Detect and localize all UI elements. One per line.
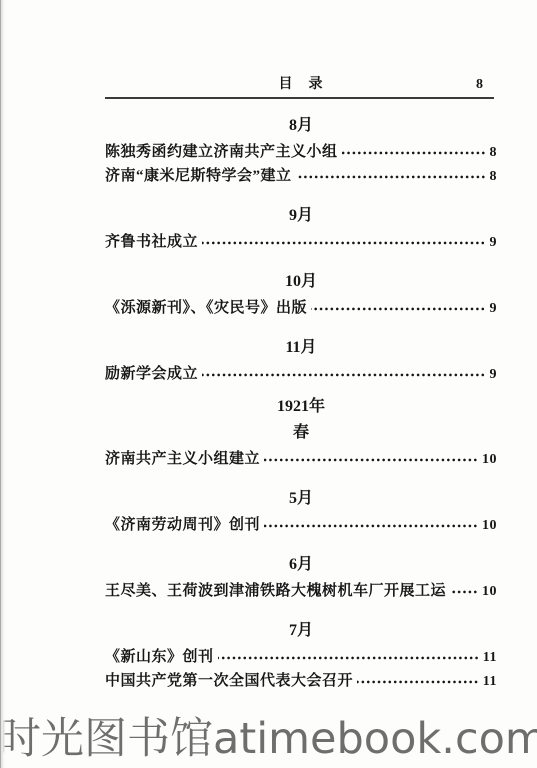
dot-leader (311, 297, 485, 320)
toc-entry-page: 9 (490, 297, 498, 320)
toc-section: 春 济南共产主义小组建立 10 (105, 421, 497, 472)
toc-entry: 陈独秀函约建立济南共产主义小组 8 (105, 141, 497, 164)
toc-entry: 中国共产党第一次全国代表大会召开 11 (105, 670, 497, 693)
toc-entry: 《泺源新刊》、《灾民号》出版 9 (105, 297, 497, 320)
toc-section-heading: 7月 (105, 619, 497, 642)
toc-entry: 励新学会成立 9 (105, 363, 497, 386)
page-header-number: 8 (476, 76, 483, 94)
watermark: 时光图书馆atimebook.com (0, 716, 537, 763)
dot-leader (342, 141, 486, 164)
toc-entry: 齐鲁书社成立 9 (105, 231, 497, 254)
page-header-title: 目 录 (105, 76, 497, 94)
toc-section-heading: 9月 (105, 204, 497, 227)
toc-entry-title: 《新山东》创刊 (105, 646, 214, 669)
toc-section-heading: 春 (105, 421, 497, 444)
book-page: 目 录 8 8月 陈独秀函约建立济南共产主义小组 8 济南“康米尼斯特学会”建立… (0, 0, 537, 768)
toc-entry-title: 济南“康米尼斯特学会”建立 (105, 165, 292, 188)
toc-entry: 王尽美、王荷波到津浦铁路大槐树机车厂开展工运 10 (105, 580, 497, 603)
toc-entry: 济南“康米尼斯特学会”建立 8 (105, 165, 497, 188)
toc-entry-page: 9 (490, 363, 498, 386)
toc-list: 8月 陈独秀函约建立济南共产主义小组 8 济南“康米尼斯特学会”建立 8 9月 … (105, 99, 497, 694)
toc-section: 9月 齐鲁书社成立 9 (105, 189, 497, 255)
toc-entry-page: 11 (483, 670, 497, 693)
toc-entry: 济南共产主义小组建立 10 (105, 448, 497, 471)
toc-entry-title: 王尽美、王荷波到津浦铁路大槐树机车厂开展工运 (105, 580, 446, 603)
toc-section: 11月 励新学会成立 9 (105, 321, 497, 387)
toc-section: 8月 陈独秀函约建立济南共产主义小组 8 济南“康米尼斯特学会”建立 8 (105, 99, 497, 189)
toc-entry-page: 10 (482, 514, 497, 537)
toc-entry: 《新山东》创刊 11 (105, 646, 497, 669)
dot-leader (218, 646, 479, 669)
toc-entry-title: 《济南劳动周刊》创刊 (105, 514, 260, 537)
toc-section: 6月 王尽美、王荷波到津浦铁路大槐树机车厂开展工运 10 (105, 538, 497, 604)
page-header: 目 录 8 (105, 0, 497, 94)
toc-section-heading: 10月 (105, 270, 497, 293)
toc-section-heading: 11月 (105, 336, 497, 359)
toc-entry-page: 9 (490, 231, 498, 254)
dot-leader (202, 231, 485, 254)
toc-entry-title: 陈独秀函约建立济南共产主义小组 (105, 141, 338, 164)
dot-leader (450, 580, 478, 603)
toc-entry-page: 10 (482, 580, 497, 603)
dot-leader (202, 363, 485, 386)
toc-section: 1921年 (105, 387, 497, 421)
toc-entry: 《济南劳动周刊》创刊 10 (105, 514, 497, 537)
toc-entry-page: 8 (490, 165, 498, 188)
dot-leader (264, 448, 478, 471)
toc-section: 5月 《济南劳动周刊》创刊 10 (105, 472, 497, 538)
toc-entry-page: 10 (482, 448, 497, 471)
toc-entry-title: 齐鲁书社成立 (105, 231, 198, 254)
scan-edge (0, 0, 6, 768)
toc-section-heading: 6月 (105, 553, 497, 576)
toc-entry-page: 8 (490, 141, 498, 164)
toc-section-heading: 5月 (105, 487, 497, 510)
toc-section: 7月 《新山东》创刊 11 中国共产党第一次全国代表大会召开 11 (105, 604, 497, 694)
toc-section-heading: 1921年 (105, 395, 497, 418)
page-content: 目 录 8 8月 陈独秀函约建立济南共产主义小组 8 济南“康米尼斯特学会”建立… (105, 0, 497, 694)
toc-entry-title: 济南共产主义小组建立 (105, 448, 260, 471)
dot-leader (264, 514, 478, 537)
toc-section: 10月 《泺源新刊》、《灾民号》出版 9 (105, 255, 497, 321)
toc-section-heading: 8月 (105, 114, 497, 137)
dot-leader (357, 670, 479, 693)
dot-leader (296, 165, 486, 188)
toc-entry-title: 中国共产党第一次全国代表大会召开 (105, 670, 353, 693)
toc-entry-page: 11 (483, 646, 497, 669)
toc-entry-title: 《泺源新刊》、《灾民号》出版 (105, 297, 307, 320)
toc-entry-title: 励新学会成立 (105, 363, 198, 386)
